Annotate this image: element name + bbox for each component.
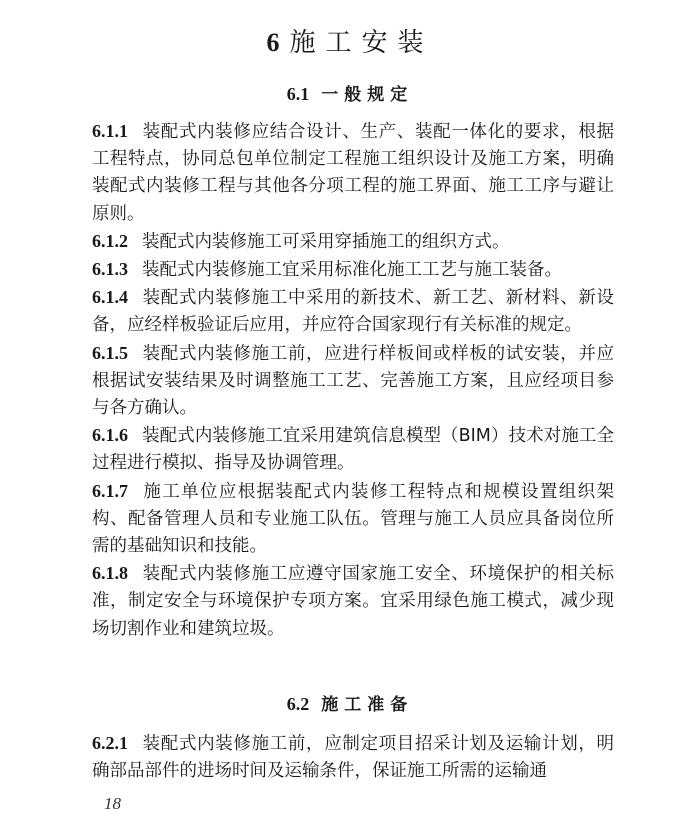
chapter-title-text: 施工安装 [289, 28, 433, 58]
clause-6-1-6: 6.1.6装配式内装修施工宜采用建筑信息模型（BIM）技术对施工全过程进行模拟、… [92, 422, 614, 477]
clause-6-1-4: 6.1.4装配式内装修施工中采用的新技术、新工艺、新材料、新设备，应经样板验证后… [92, 284, 614, 339]
chapter-number: 6 [266, 28, 279, 57]
clause-text: 装配式内装修施工可采用穿插施工的组织方式。 [142, 232, 510, 252]
clause-6-1-8: 6.1.8装配式内装修施工应遵守国家施工安全、环境保护的相关标准，制定安全与环境… [92, 560, 614, 643]
clause-number: 6.1.4 [92, 287, 128, 307]
clause-6-1-3: 6.1.3装配式内装修施工宜采用标准化施工工艺与施工装备。 [92, 256, 614, 284]
clause-number: 6.1.7 [92, 481, 128, 501]
clause-text: 装配式内装修施工宜采用建筑信息模型（BIM）技术对施工全过程进行模拟、指导及协调… [92, 426, 614, 473]
page-number: 18 [104, 794, 121, 814]
clause-6-1-2: 6.1.2装配式内装修施工可采用穿插施工的组织方式。 [92, 228, 614, 256]
clause-6-1-5: 6.1.5装配式内装修施工前，应进行样板间或样板的试安装，并应根据试安装结果及时… [92, 340, 614, 423]
clause-number: 6.1.1 [92, 121, 128, 141]
chapter-title: 6施工安装 [0, 22, 700, 59]
clause-text: 装配式内装修施工前，应制定项目招采计划及运输计划，明确部品部件的进场时间及运输条… [92, 734, 614, 781]
clause-text: 施工单位应根据装配式内装修工程特点和规模设置组织架构、配备管理人员和专业施工队伍… [92, 482, 614, 556]
section-number: 6.1 [287, 84, 310, 104]
section-number: 6.2 [287, 694, 310, 714]
clause-6-1-1: 6.1.1装配式内装修应结合设计、生产、装配一体化的要求，根据工程特点，协同总包… [92, 118, 614, 228]
clause-number: 6.1.6 [92, 425, 128, 445]
section-title-6-1: 6.1一般规定 [0, 80, 700, 105]
clause-6-1-7: 6.1.7施工单位应根据装配式内装修工程特点和规模设置组织架构、配备管理人员和专… [92, 478, 614, 561]
clause-number: 6.1.3 [92, 259, 128, 279]
clause-text: 装配式内装修施工中采用的新技术、新工艺、新材料、新设备，应经样板验证后应用，并应… [92, 288, 614, 335]
clause-text: 装配式内装修施工应遵守国家施工安全、环境保护的相关标准，制定安全与环境保护专项方… [92, 564, 614, 638]
section-6-2-body: 6.2.1装配式内装修施工前，应制定项目招采计划及运输计划，明确部品部件的进场时… [92, 730, 614, 785]
clause-text: 装配式内装修施工宜采用标准化施工工艺与施工装备。 [142, 260, 562, 280]
clause-number: 6.1.5 [92, 343, 128, 363]
section-title-text: 施工准备 [321, 695, 413, 715]
clause-number: 6.2.1 [92, 733, 128, 753]
section-title-text: 一般规定 [321, 85, 413, 105]
clause-text: 装配式内装修应结合设计、生产、装配一体化的要求，根据工程特点，协同总包单位制定工… [92, 122, 614, 224]
clause-number: 6.1.8 [92, 563, 128, 583]
section-6-1-body: 6.1.1装配式内装修应结合设计、生产、装配一体化的要求，根据工程特点，协同总包… [92, 118, 614, 643]
clause-text: 装配式内装修施工前，应进行样板间或样板的试安装，并应根据试安装结果及时调整施工工… [92, 344, 614, 418]
section-title-6-2: 6.2施工准备 [0, 690, 700, 715]
clause-6-2-1: 6.2.1装配式内装修施工前，应制定项目招采计划及运输计划，明确部品部件的进场时… [92, 730, 614, 785]
clause-number: 6.1.2 [92, 231, 128, 251]
